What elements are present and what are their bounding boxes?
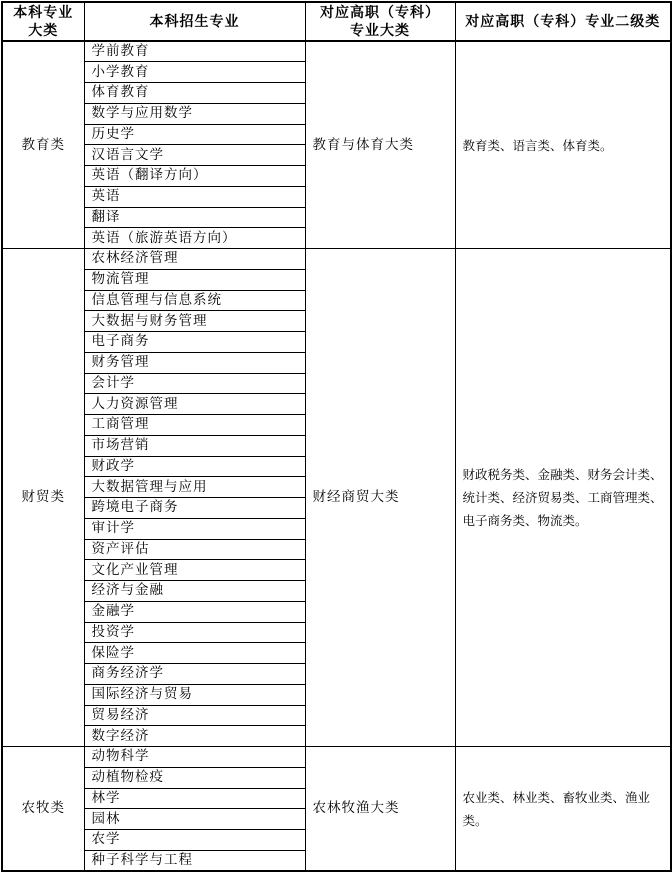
vocational-subcategories-cell: 财政税务类、金融类、财务会计类、 统计类、经济贸易类、工商管理类、 电子商务类、… [455, 249, 671, 747]
major-cell: 历史学 [84, 124, 305, 145]
vocational-category-cell: 农林牧渔大类 [305, 747, 455, 872]
undergrad-category-cell: 财贸类 [2, 249, 84, 747]
header-undergrad-major: 本科招生专业 [84, 2, 305, 41]
header-vocational-subcategory: 对应高职（专科）专业二级类 [455, 2, 671, 41]
major-cell: 英语（翻译方向） [84, 166, 305, 187]
major-cell: 园林 [84, 809, 305, 830]
major-cell: 大数据与财务管理 [84, 311, 305, 332]
major-cell: 文化产业管理 [84, 560, 305, 581]
major-cell: 数学与应用数学 [84, 103, 305, 124]
major-cell: 体育教育 [84, 83, 305, 104]
major-cell: 信息管理与信息系统 [84, 290, 305, 311]
major-correspondence-table: 本科专业 大类 本科招生专业 对应高职（专科） 专业大类 对应高职（专科）专业二… [1, 1, 672, 872]
major-cell: 国际经济与贸易 [84, 684, 305, 705]
vocational-subcategories-cell: 农业类、林业类、畜牧业类、渔业 类。 [455, 747, 671, 872]
major-cell: 审计学 [84, 518, 305, 539]
major-cell: 资产评估 [84, 539, 305, 560]
major-cell: 学前教育 [84, 41, 305, 62]
major-cell: 跨境电子商务 [84, 498, 305, 519]
major-cell: 动植物检疫 [84, 767, 305, 788]
document-page: 本科专业 大类 本科招生专业 对应高职（专科） 专业大类 对应高职（专科）专业二… [0, 0, 672, 874]
undergrad-category-cell: 农牧类 [2, 747, 84, 872]
undergrad-category-cell: 教育类 [2, 41, 84, 249]
major-cell: 电子商务 [84, 332, 305, 353]
major-cell: 贸易经济 [84, 705, 305, 726]
vocational-subcategories-cell: 教育类、语言类、体育类。 [455, 41, 671, 249]
major-cell: 经济与金融 [84, 581, 305, 602]
vocational-category-cell: 财经商贸大类 [305, 249, 455, 747]
major-cell: 市场营销 [84, 435, 305, 456]
major-cell: 小学教育 [84, 62, 305, 83]
major-cell: 翻译 [84, 207, 305, 228]
table-row: 农牧类动物科学农林牧渔大类农业类、林业类、畜牧业类、渔业 类。 [2, 747, 671, 768]
major-cell: 会计学 [84, 373, 305, 394]
major-cell: 农学 [84, 830, 305, 851]
table-body: 教育类学前教育教育与体育大类教育类、语言类、体育类。小学教育体育教育数学与应用数… [2, 41, 671, 871]
major-cell: 投资学 [84, 622, 305, 643]
major-cell: 大数据管理与应用 [84, 477, 305, 498]
major-cell: 林学 [84, 788, 305, 809]
vocational-category-cell: 教育与体育大类 [305, 41, 455, 249]
major-cell: 保险学 [84, 643, 305, 664]
major-cell: 数字经济 [84, 726, 305, 747]
major-cell: 财政学 [84, 456, 305, 477]
major-cell: 农林经济管理 [84, 249, 305, 270]
major-cell: 英语 [84, 186, 305, 207]
major-cell: 种子科学与工程 [84, 850, 305, 871]
major-cell: 金融学 [84, 601, 305, 622]
table-row: 财贸类农林经济管理财经商贸大类财政税务类、金融类、财务会计类、 统计类、经济贸易… [2, 249, 671, 270]
major-cell: 商务经济学 [84, 664, 305, 685]
table-row: 教育类学前教育教育与体育大类教育类、语言类、体育类。 [2, 41, 671, 62]
header-row: 本科专业 大类 本科招生专业 对应高职（专科） 专业大类 对应高职（专科）专业二… [2, 2, 671, 41]
major-cell: 汉语言文学 [84, 145, 305, 166]
table-header: 本科专业 大类 本科招生专业 对应高职（专科） 专业大类 对应高职（专科）专业二… [2, 2, 671, 41]
major-cell: 物流管理 [84, 269, 305, 290]
major-cell: 英语（旅游英语方向） [84, 228, 305, 249]
major-cell: 人力资源管理 [84, 394, 305, 415]
header-vocational-category: 对应高职（专科） 专业大类 [305, 2, 455, 41]
major-cell: 工商管理 [84, 415, 305, 436]
major-cell: 财务管理 [84, 352, 305, 373]
header-undergrad-category: 本科专业 大类 [2, 2, 84, 41]
major-cell: 动物科学 [84, 747, 305, 768]
